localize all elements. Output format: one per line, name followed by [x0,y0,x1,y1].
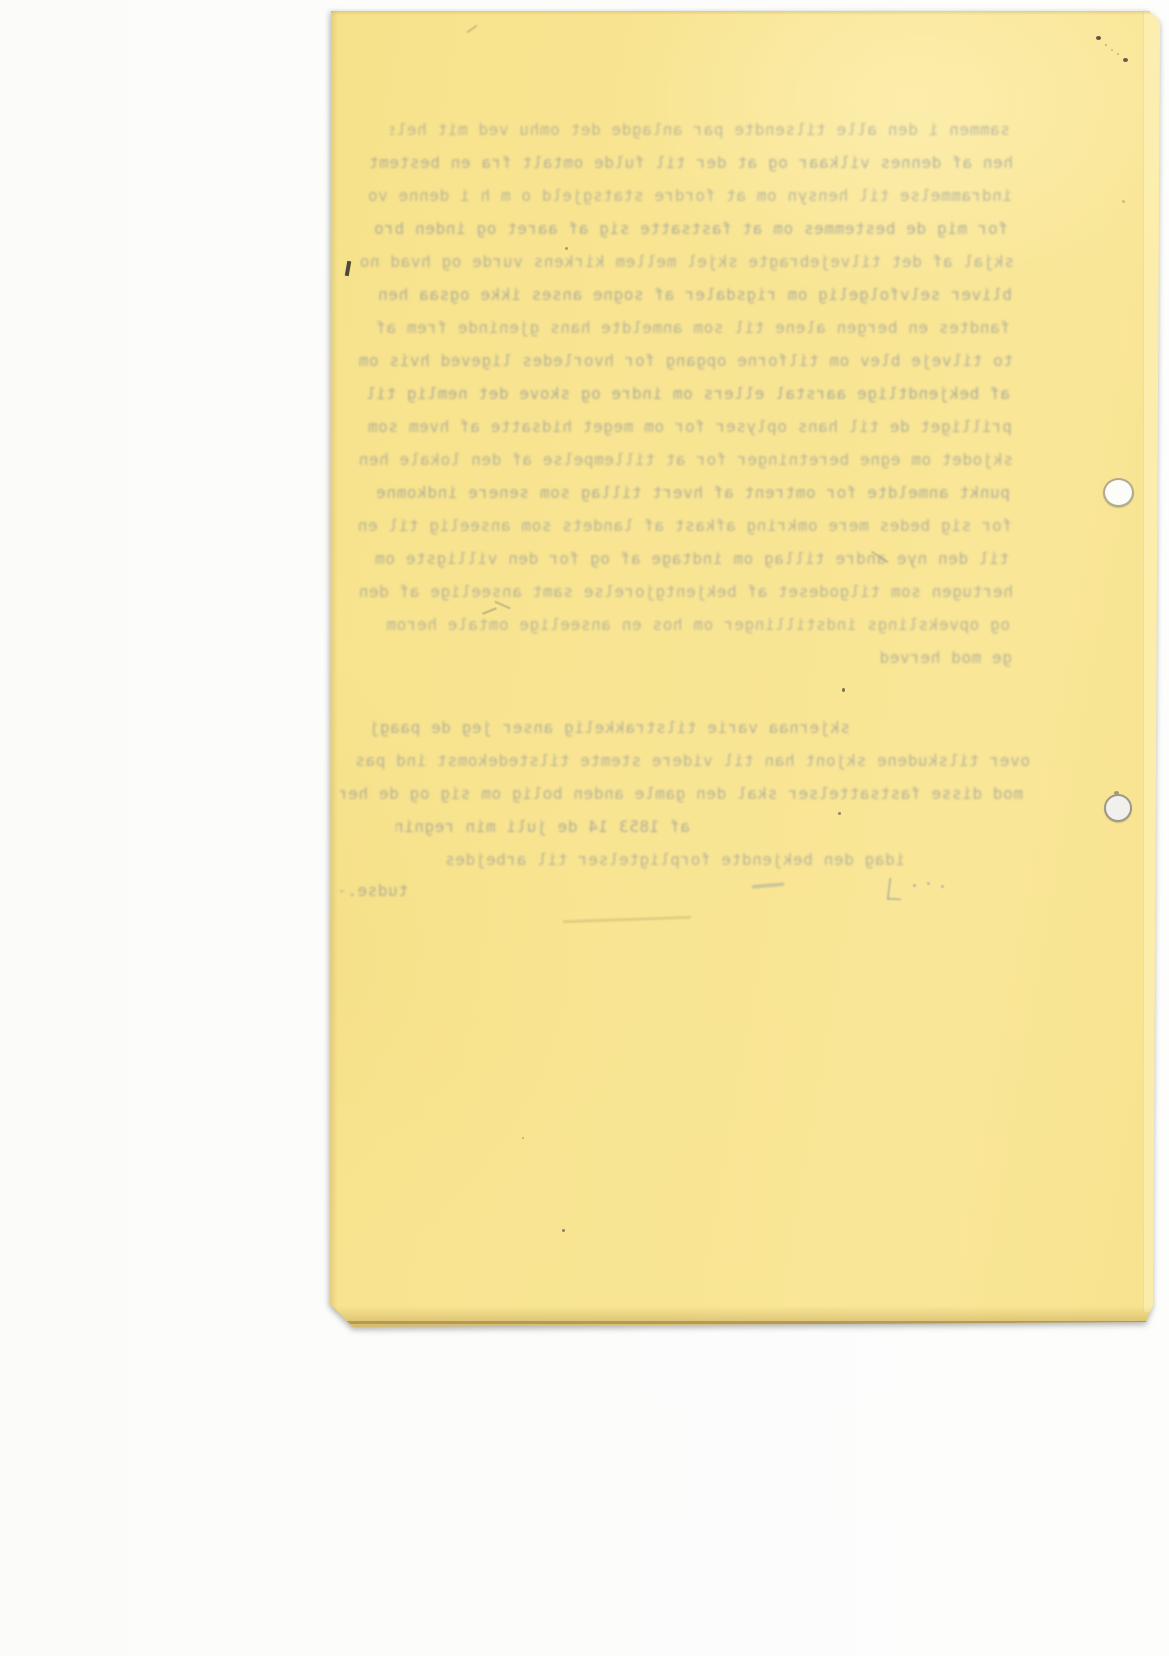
speck-mark [1123,58,1128,62]
speck-mark [522,1137,524,1139]
bleedthrough-text-line: til den nye andre tillag om indtage af o… [352,549,1009,569]
bleedthrough-text-line: prilliget de til hans oplyser for om meg… [352,417,1012,437]
ink-dash-mark [345,261,352,276]
paper-bottom-edge-shade [330,1306,1160,1328]
paper-right-edge-sliver [1143,12,1160,1312]
sig-foot-mark [888,898,901,901]
pencil-stroke-mark [482,607,497,614]
speck-mark [1096,36,1101,40]
bleedthrough-text-line: tudse.- [340,881,408,901]
speck-mark [565,247,568,250]
speck-mark [842,688,845,692]
sig-dot-mark [927,882,930,885]
paper-shadow-wrap: sammen i den alle tilsendte par anlagde … [0,0,1169,1656]
bleedthrough-text-line: mod disse fastsattelser skal den gamle a… [340,784,1023,804]
bleedthrough-text-line: idag den bekjendte forpligtelser til arb… [446,850,905,870]
bleedthrough-text-line: skjodet om egne beretninger for at tille… [356,450,1013,470]
bleedthrough-text-line: for sig bedes mere omkring afkast af lan… [356,516,1012,536]
bleedthrough-text-line: og opvekslings indstillinger om hos en a… [354,615,1010,635]
paper-bottom-edge-line [332,1321,1152,1324]
paper-top-edge-shade [331,11,1160,15]
bleedthrough-text-line: af bekjendtlige aarstal ellers om indre … [354,384,1010,404]
paper-sheet: sammen i den alle tilsendte par anlagde … [0,0,1169,1656]
speck-mark [1122,200,1125,203]
bleedthrough-text-line: bliver selvfolgelig om rigsdaler af sogn… [356,285,1012,305]
bleedthrough-text-line: indrammelse til hensyn om at fordre stat… [368,186,1012,206]
punch-hole [1103,478,1134,507]
speck-mark [562,1229,565,1232]
bleedthrough-text-line: sammen i den alle tilsendte par anlagde … [390,120,1010,140]
sig-dot-mark [913,884,916,887]
bleedthrough-text-line: over tilskudene skjont han til videre st… [356,751,1030,771]
bleedthrough-text-line: af 1853 14 de juli min regning [396,817,690,837]
crease-mark [563,916,691,923]
bleedthrough-text-line: fandtes en bergen alene til som anmeldte… [366,318,1010,338]
bleedthrough-text-line: skjernaa varie tilstrakkelig anser jeg d… [373,718,850,738]
bleedthrough-text-line: to tilveje blev om tilforne opgang for h… [352,351,1013,371]
sig-smudge-mark [752,883,784,889]
bleedthrough-text-line: hen af dennes vilkaar og at der til fuld… [360,153,1013,173]
bleedthrough-text-line: skjal af det tilvejebragte skjel mellem … [358,252,1014,272]
scan-background: sammen i den alle tilsendte par anlagde … [0,0,1169,1656]
bleedthrough-text-line: for mig de bestemmes om at fastsatte sig… [372,219,1008,239]
paper-left-edge-shade [330,11,338,1327]
bleedthrough-text-line: hertugen som tilgodeset af bekjentgjorel… [358,582,1013,602]
bleedthrough-text-line: punkt anmeldte for omtrent af hvert till… [350,483,1010,503]
dot-mark [1117,53,1119,55]
dot-mark [1111,49,1113,51]
bleedthrough-text-line: ge mod herved [870,648,1012,668]
dot-mark [1105,44,1107,46]
scratch-mark [467,25,478,34]
sig-dot-mark [941,885,944,888]
speck-mark [838,812,841,815]
punch-hole [1104,794,1132,822]
